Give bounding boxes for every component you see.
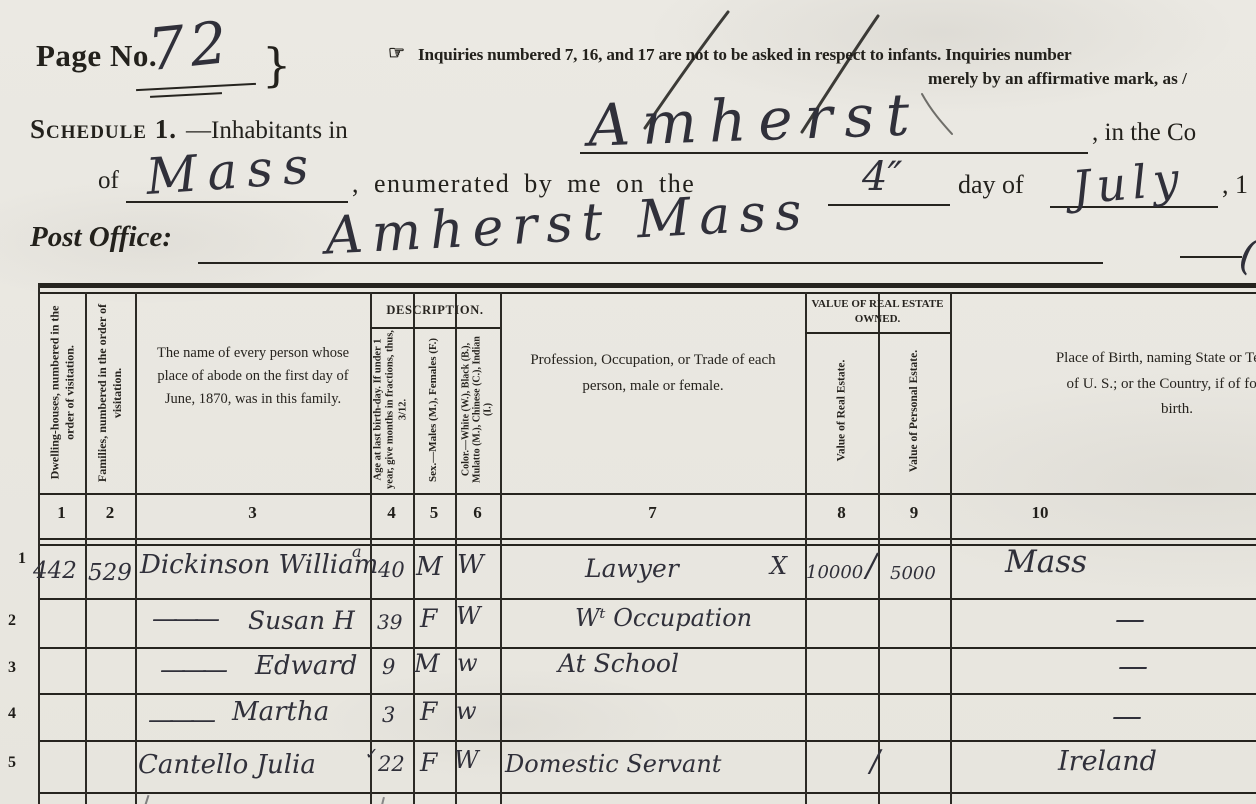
cell-sex: F [420,697,437,726]
line-number: 2 [8,612,16,630]
table-line [38,493,1256,495]
year-prefix: , 1 [1222,170,1248,200]
col-header-personal-estate: Value of Personal Estate. [878,332,950,490]
description-group-header: Description. [370,303,500,318]
brace-mark: } [262,38,291,92]
col-header-birthplace: Place of Birth, naming State or Territor… [1052,346,1256,423]
blank-line [828,204,950,206]
line-number: 5 [8,754,16,772]
ink-slash-mark: / [870,744,880,779]
day-of-label: day of [958,170,1024,200]
cell-birthplace: — [1112,699,1142,734]
ink-paren-mark: ( [1236,229,1256,280]
page-no-handwritten: 72 [145,8,235,84]
cell-age: 40 [378,558,405,582]
col-num-3: 3 [135,503,370,523]
infants-note-line2: merely by an affirmative mark, as / [928,69,1187,89]
ink-underline [136,83,256,91]
col-num-10: 10 [950,503,1130,523]
table-top-border [38,283,1256,288]
cell-name: Susan H [248,606,355,635]
table-row: 4 ——— Martha 3 F w — [0,693,1256,740]
cell-sex: M [416,552,443,582]
check-mark: ✓ [365,744,378,763]
cell-occupation: Domestic Servant [505,750,721,778]
col-header-dwelling: Dwelling-houses, numbered in the order o… [39,300,86,486]
col-num-5: 5 [413,503,455,523]
ink-mark [381,797,385,804]
value-group-header: Value of Real Estate Owned. [803,297,952,327]
ink-slash-mark: / [866,546,877,584]
col-header-occupation: Profession, Occupation, or Trade of each… [512,348,794,399]
schedule-label: Schedule 1. [30,114,177,145]
of-label: of [98,167,119,195]
cell-birthplace: Ireland [1058,746,1157,777]
place-handwritten: Amherst [587,80,923,160]
cell-color: w [456,697,477,725]
col-header-families: Families, numbered in the order of visit… [85,300,135,486]
ditto-dash: ——— [148,705,211,735]
table-line [38,538,1256,540]
col-header-color: Color.—White (W.), Black (B.), Mulatto (… [455,330,500,490]
tally-mark: X [770,552,787,580]
census-schedule-page: Page No. 72 } ☞ Inquiries numbered 7, 16… [0,0,1256,804]
month-handwritten: July [1070,151,1187,215]
col-num-4: 4 [370,503,413,523]
cell-sex: F [420,604,437,633]
cell-age: 39 [377,610,402,634]
table-row: 2 ——— Susan H 39 F W Wᵗ Occupation — [0,598,1256,647]
cell-occupation: Wᵗ Occupation [575,604,752,632]
col-header-real-estate: Value of Real Estate. [805,332,878,490]
col-num-7: 7 [500,503,805,523]
page-no-label: Page No. [36,38,157,74]
cell-sex: F [420,748,437,777]
state-handwritten: Mass [144,136,320,206]
cell-color: W [454,746,479,774]
cell-occupation: At School [558,649,679,678]
cell-birthplace: — [1115,602,1145,637]
cell-real-estate: 10000 [806,562,863,583]
table-row: 1 442 529 Dickinson William a 40 M W Law… [0,546,1256,598]
cell-family: 529 [88,560,132,586]
cell-color: W [456,602,481,630]
day-handwritten: 4″ [862,154,902,200]
pointing-hand-icon: ☞ [388,42,405,65]
cell-dwelling: 442 [33,558,77,584]
cell-occupation: Lawyer [585,554,679,583]
cell-personal-estate: 5000 [890,563,936,584]
table-row: 3 ——— Edward 9 M w At School — [0,647,1256,693]
cell-sex: M [414,649,440,678]
table-row: 5 Cantello Julia ✓ 22 F W Domestic Serva… [0,740,1256,792]
ditto-dash: ——— [152,604,215,634]
line-number: 3 [8,659,16,677]
cell-name-superscript: a [352,542,362,561]
ink-mark [1180,256,1242,258]
cell-name: Dickinson William [140,550,378,580]
cell-age: 3 [382,703,395,727]
infants-note-line1: Inquiries numbered 7, 16, and 17 are not… [418,45,1071,65]
county-suffix: , in the Co [1092,119,1196,147]
col-header-age: Age at last birth-day. If under 1 year, … [370,330,413,490]
cell-name: Martha [232,697,329,727]
cell-birthplace: Mass [1005,544,1087,580]
col-num-1: 1 [38,503,85,523]
col-header-name: The name of every person whose place of … [142,342,364,412]
cell-age: 9 [382,655,395,679]
table-top-border [38,292,1256,294]
cell-color: w [457,649,478,677]
ink-mark [145,795,150,804]
cell-color: W [457,550,484,580]
post-office-label: Post Office: [30,221,172,254]
col-num-9: 9 [878,503,950,523]
cell-name: Edward [255,651,357,681]
cell-name: Cantello Julia [138,750,316,780]
col-num-2: 2 [85,503,135,523]
table-line [38,792,1256,794]
group-underline [370,327,500,329]
line-number: 1 [18,550,26,568]
col-header-sex: Sex.—Males (M.), Females (F.) [413,330,455,490]
cell-birthplace: — [1118,649,1148,684]
col-num-8: 8 [805,503,878,523]
ditto-dash: ——— [160,655,223,685]
line-number: 4 [8,705,16,723]
cell-age: 22 [378,752,405,776]
col-num-6: 6 [455,503,500,523]
ink-underline [150,92,222,97]
